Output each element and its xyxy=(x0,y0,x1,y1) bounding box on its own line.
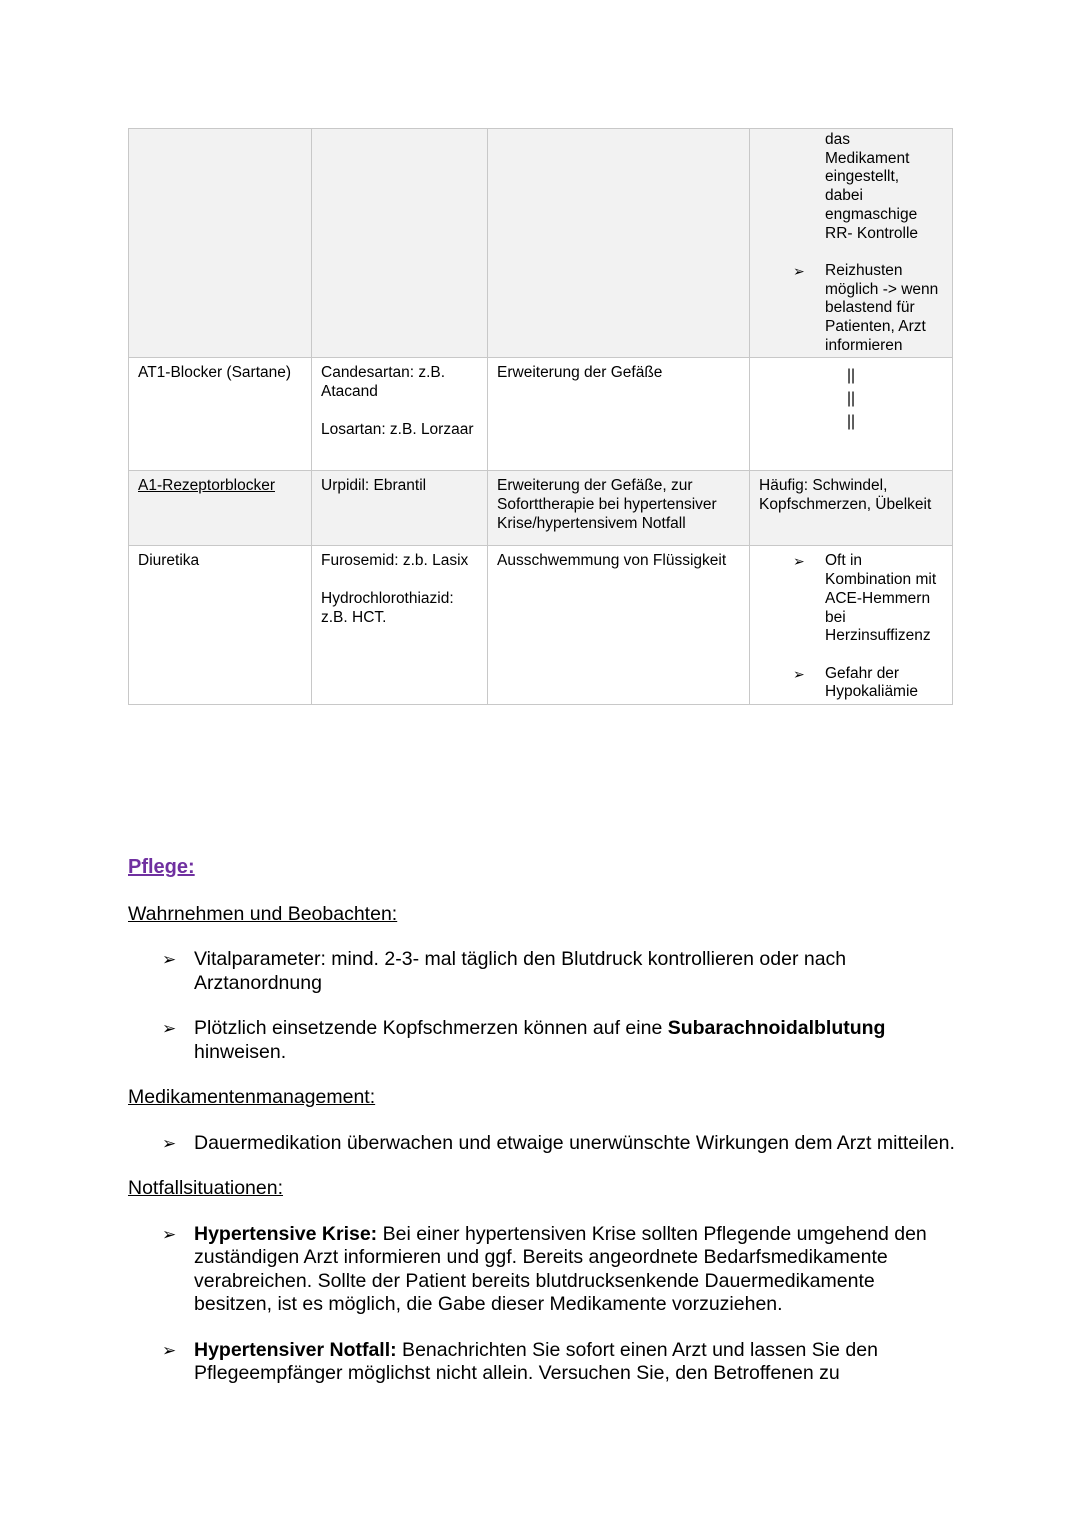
effect-cell: Erweiterung der Gefäße xyxy=(488,358,750,471)
list-item-text: Dauermedikation überwachen und etwaige u… xyxy=(194,1132,958,1156)
agents-cell: Urpidil: Ebrantil xyxy=(312,471,488,546)
list-item-text: Plötzlich einsetzende Kopfschmerzen könn… xyxy=(194,1017,958,1064)
effect-cell xyxy=(488,129,750,358)
list-item-text: Vitalparameter: mind. 2-3- mal täglich d… xyxy=(194,948,958,995)
agents-cell: Furosemid: z.b. Lasix Hydrochlorothiazid… xyxy=(312,546,488,705)
agent: Hydrochlorothiazid: z.B. HCT. xyxy=(321,590,478,627)
note-bullet-text: Reizhusten möglich -> wenn belastend für… xyxy=(825,262,943,356)
note-line: eingestellt, xyxy=(825,168,943,187)
bold-term: Hypertensive Krise: xyxy=(194,1223,377,1245)
table-row: das Medikament eingestellt, dabei engmas… xyxy=(129,129,953,358)
drug-class-label: A1-Rezeptorblocker xyxy=(138,477,275,494)
list-item-text: Hypertensiver Notfall: Benachrichten Sie… xyxy=(194,1339,958,1386)
arrow-bullet-icon: ➢ xyxy=(759,665,825,702)
bold-term: Subarachnoidalblutung xyxy=(668,1017,886,1039)
note-line: Medikament xyxy=(825,150,943,169)
drug-class-cell: AT1-Blocker (Sartane) xyxy=(129,358,312,471)
continued-note: das Medikament eingestellt, dabei engmas… xyxy=(759,131,943,243)
text-run: Plötzlich einsetzende Kopfschmerzen könn… xyxy=(194,1017,668,1039)
care-heading: Pflege: xyxy=(128,856,958,880)
section-title-emergency: Notfallsituationen: xyxy=(128,1177,958,1201)
note-bullet-text: Gefahr der Hypokaliämie xyxy=(825,665,943,702)
notes-cell: || || || xyxy=(750,358,953,471)
arrow-bullet-icon: ➢ xyxy=(162,1017,194,1064)
drug-class-cell xyxy=(129,129,312,358)
list-item: ➢ Plötzlich einsetzende Kopfschmerzen kö… xyxy=(162,1017,958,1064)
agent: Furosemid: z.b. Lasix xyxy=(321,552,478,571)
list-item: ➢ Vitalparameter: mind. 2-3- mal täglich… xyxy=(162,948,958,995)
notes-cell: Häufig: Schwindel, Kopfschmerzen, Übelke… xyxy=(750,471,953,546)
arrow-bullet-icon: ➢ xyxy=(162,1339,194,1386)
note-line: das xyxy=(825,131,943,150)
list-item: ➢ Dauermedikation überwachen und etwaige… xyxy=(162,1132,958,1156)
agents-cell: Candesartan: z.B. Atacand Losartan: z.B.… xyxy=(312,358,488,471)
ditto-mark: || xyxy=(759,410,943,433)
agent: Losartan: z.B. Lorzaar xyxy=(321,421,478,440)
care-section: Pflege: Wahrnehmen und Beobachten: ➢ Vit… xyxy=(128,856,958,1386)
note-bullet: ➢ Oft in Kombination mit ACE-Hemmern bei… xyxy=(759,552,943,646)
section-title-medication: Medikamentenmanagement: xyxy=(128,1086,958,1110)
notes-cell: ➢ Oft in Kombination mit ACE-Hemmern bei… xyxy=(750,546,953,705)
arrow-bullet-icon: ➢ xyxy=(162,1223,194,1317)
list-item: ➢ Hypertensive Krise: Bei einer hyperten… xyxy=(162,1223,958,1317)
note-line: dabei xyxy=(825,187,943,206)
agent: Candesartan: z.B. Atacand xyxy=(321,364,478,401)
drug-class-cell: A1-Rezeptorblocker xyxy=(129,471,312,546)
ditto-mark: || xyxy=(759,364,943,387)
note-line: engmaschige xyxy=(825,206,943,225)
notes-cell: das Medikament eingestellt, dabei engmas… xyxy=(750,129,953,358)
note-line: RR- Kontrolle xyxy=(825,225,943,244)
table-row: AT1-Blocker (Sartane) Candesartan: z.B. … xyxy=(129,358,953,471)
list-item-text: Hypertensive Krise: Bei einer hypertensi… xyxy=(194,1223,958,1317)
list-item: ➢ Hypertensiver Notfall: Benachrichten S… xyxy=(162,1339,958,1386)
effect-cell: Erweiterung der Gefäße, zur Soforttherap… xyxy=(488,471,750,546)
arrow-bullet-icon: ➢ xyxy=(759,262,825,356)
effect-cell: Ausschwemmung von Flüssigkeit xyxy=(488,546,750,705)
note-bullet: ➢ Gefahr der Hypokaliämie xyxy=(759,665,943,702)
section-title-observation: Wahrnehmen und Beobachten: xyxy=(128,903,958,927)
table-row: Diuretika Furosemid: z.b. Lasix Hydrochl… xyxy=(129,546,953,705)
note-bullet-text: Oft in Kombination mit ACE-Hemmern bei H… xyxy=(825,552,943,646)
ditto-mark: || xyxy=(759,387,943,410)
drug-class-cell: Diuretika xyxy=(129,546,312,705)
bold-term: Hypertensiver Notfall: xyxy=(194,1339,397,1361)
table-row: A1-Rezeptorblocker Urpidil: Ebrantil Erw… xyxy=(129,471,953,546)
medication-table: das Medikament eingestellt, dabei engmas… xyxy=(128,128,953,705)
text-run: hinweisen. xyxy=(194,1041,286,1063)
arrow-bullet-icon: ➢ xyxy=(162,1132,194,1156)
arrow-bullet-icon: ➢ xyxy=(162,948,194,995)
arrow-bullet-icon: ➢ xyxy=(759,552,825,646)
agents-cell xyxy=(312,129,488,358)
note-bullet: ➢ Reizhusten möglich -> wenn belastend f… xyxy=(759,262,943,356)
